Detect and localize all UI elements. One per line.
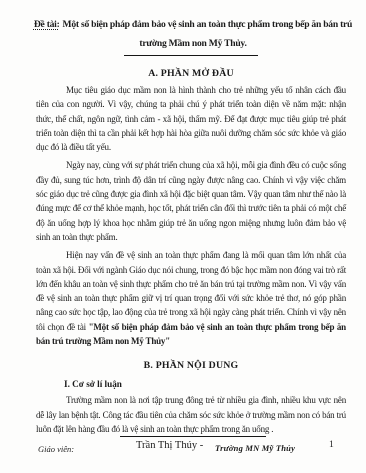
paragraph-topic-lead: Hiện nay vấn đề vệ sinh an toàn thực phẩ… bbox=[36, 250, 346, 331]
subsection-i-heading: I. Cơ sở lí luận bbox=[64, 379, 346, 389]
document-page: Đề tài:Một số biện pháp đảm bảo vệ sinh … bbox=[0, 0, 366, 473]
section-a-heading: A. PHẦN MỞ ĐẦU bbox=[36, 68, 346, 79]
paragraph-intro-goals: Mục tiêu giáo dục mầm non là hình thành … bbox=[36, 83, 346, 154]
footer-school-name: Trường MN Mỹ Thủy bbox=[215, 443, 295, 453]
paragraph-society-care: Ngày nay, cùng với sự phát triển chung c… bbox=[36, 158, 346, 244]
section-b-heading: B. PHẦN NỘI DUNG bbox=[36, 360, 346, 371]
footer-teacher-label: Giáo viên: bbox=[38, 444, 74, 454]
paragraph-rationale: Trường mầm non là nơi tập trung đông trẻ… bbox=[36, 393, 346, 436]
title-label: Đề tài: bbox=[34, 19, 60, 30]
title-text: Một số biện pháp đảm bảo vệ sinh an toàn… bbox=[63, 19, 353, 49]
title-underline bbox=[124, 55, 258, 56]
footer-divider bbox=[120, 436, 266, 437]
paragraph-topic-choice: Hiện nay vấn đề vệ sinh an toàn thực phẩ… bbox=[36, 248, 346, 348]
footer-page-number: 1 bbox=[329, 440, 334, 450]
document-title: Đề tài:Một số biện pháp đảm bảo vệ sinh … bbox=[32, 15, 354, 53]
footer-teacher-name: Trần Thị Thúy - bbox=[136, 440, 203, 451]
